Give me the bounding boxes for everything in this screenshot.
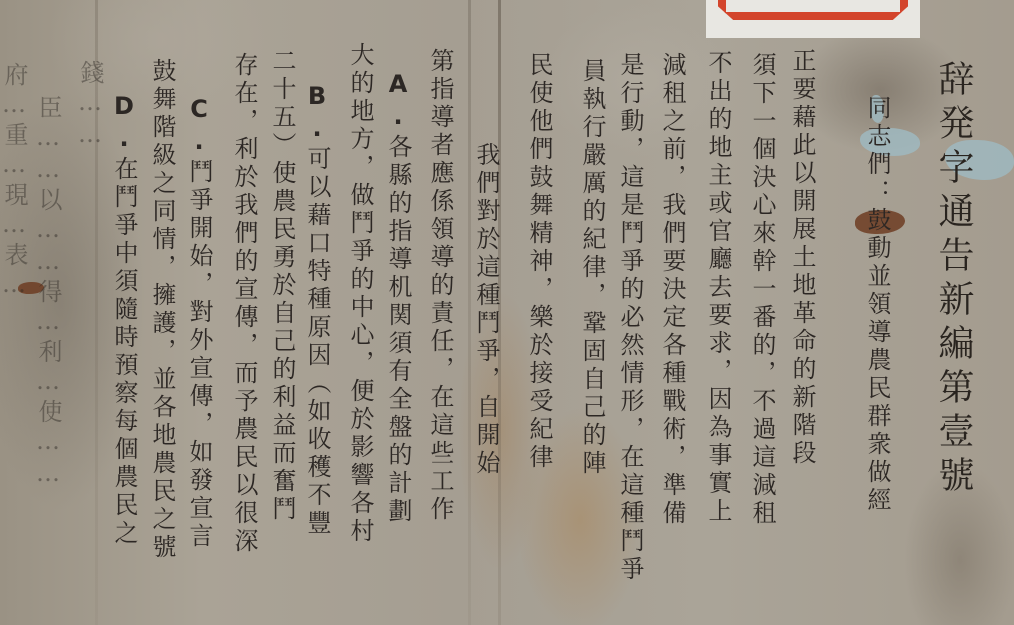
text-column: 二十五）使農民勇於自己的利益而奮鬥 xyxy=(270,48,294,524)
section-c: C.鬥爭開始，對外宣傳，如發宣言 xyxy=(187,95,211,551)
section-text: 各縣的指導机関須有全盤的計劃 xyxy=(384,134,412,526)
document-title: 辞発字通告新編第壹號 xyxy=(935,60,971,500)
faded-text-column: 府…重…現…表… xyxy=(2,62,26,302)
text-column: 大的地方，做鬥爭的中心，便於影響各村 xyxy=(348,42,372,546)
faded-text-column: 臣……以……得…利…使…… xyxy=(36,95,60,491)
text-column: 員執行嚴厲的紀律，鞏固自己的陣 xyxy=(580,58,604,478)
text-column: 是行動，這是鬥爭的必然情形，在這種鬥爭 xyxy=(618,52,642,584)
text-column: 鼓舞階級之同情，擁護，並各地農民之號 xyxy=(150,58,174,562)
archive-label: … xyxy=(706,0,920,38)
text-column: 正要藉此以開展土地革命的新階段 xyxy=(790,48,814,468)
section-a: A.各縣的指導机関須有全盤的計劃 xyxy=(386,70,410,526)
section-marker: C. xyxy=(185,95,213,159)
label-text: … xyxy=(786,0,801,4)
text-column: 減租之前，我們要決定各種戰術，準備 xyxy=(660,52,684,528)
text-column: 民使他們鼓舞精神，樂於接受紀律 xyxy=(527,52,551,472)
section-text: 可以藉口特種原因（如收穫不豐 xyxy=(303,146,331,538)
text-column: 同志們：鼓動並領導農民群衆做經 xyxy=(865,95,889,515)
text-column: 須下一個決心來幹一番的，不過這減租 xyxy=(750,52,774,528)
section-marker: A. xyxy=(384,70,412,134)
section-b: B.可以藉口特種原因（如收穫不豐 xyxy=(305,82,329,538)
faded-text-column: 錢…… xyxy=(78,60,102,152)
section-d: D.在鬥爭中須隨時預察每個農民之 xyxy=(112,92,136,548)
text-column: 不出的地主或官廳去要求，因為事實上 xyxy=(706,50,730,526)
section-marker: D. xyxy=(110,92,138,156)
section-text: 在鬥爭中須隨時預察每個農民之 xyxy=(110,156,138,548)
text-column: 存在，利於我們的宣傳，而予農民以很深 xyxy=(232,52,256,556)
paper-crease xyxy=(468,0,471,625)
label-red-frame xyxy=(718,0,908,20)
text-column: 第指導者應係領導的責任，在這些工作 xyxy=(428,48,452,524)
section-marker: B. xyxy=(303,82,331,146)
section-text: 鬥爭開始，對外宣傳，如發宣言 xyxy=(185,159,213,551)
text-column: 我們對於這種鬥爭，自開始 xyxy=(474,142,498,478)
